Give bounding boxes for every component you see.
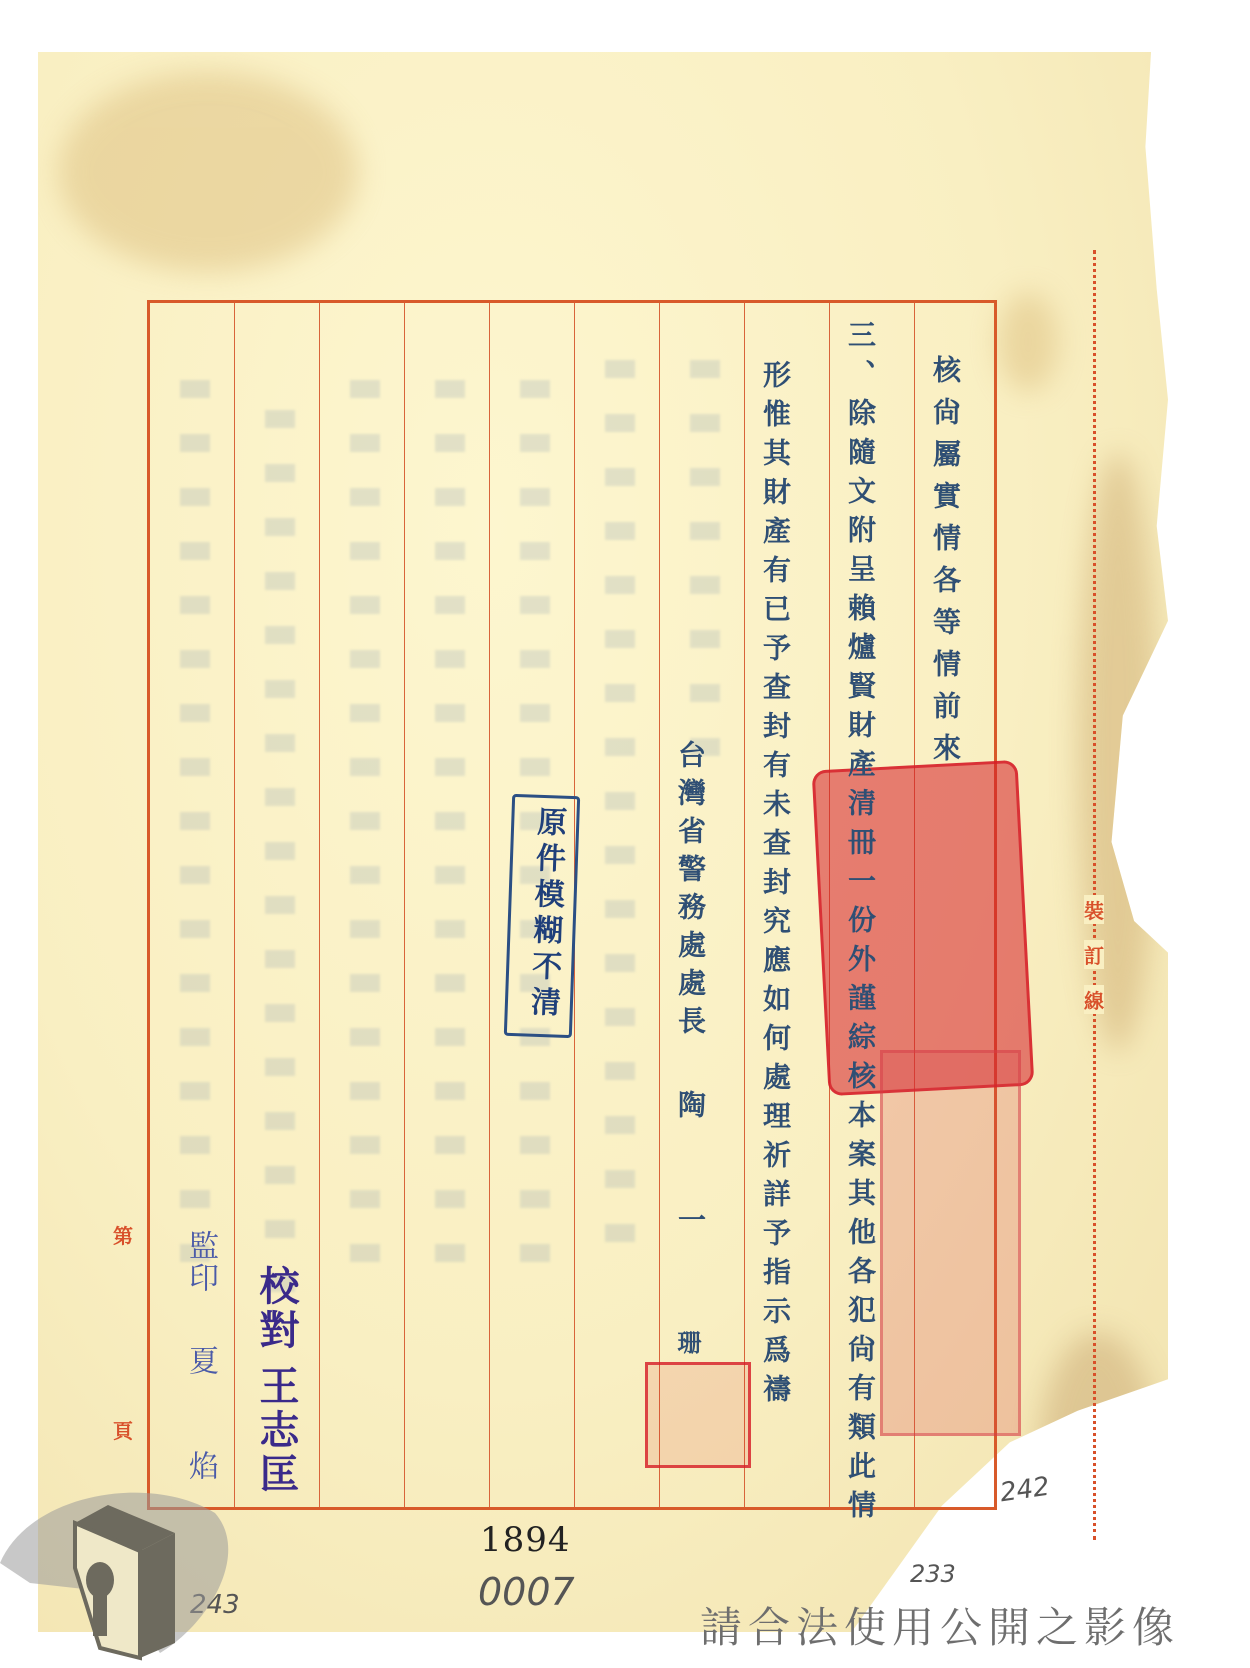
red-seal-square [645, 1362, 751, 1468]
paper-stain [58, 72, 358, 272]
illegible-original-stamp: 原件模糊不清 [504, 794, 580, 1038]
paper-stain [1038, 1332, 1158, 1592]
text-column-2: 三、除隨文附呈賴爐賢財產清冊一份外謹綜核本案其他各犯尙有類此情 [840, 320, 880, 1529]
binding-char: 線 [1084, 985, 1104, 1014]
binding-char: 裝 [1084, 895, 1104, 924]
signature-closing: 珊 [670, 1330, 705, 1368]
faint-bleed-text [265, 410, 295, 1310]
supervisor-label: 監印 [178, 1230, 222, 1294]
proofreader-name: 王志匡 [248, 1365, 305, 1497]
handwritten-note: 242 [998, 1472, 1051, 1509]
page-marker-top: 第 [113, 1220, 133, 1249]
handwritten-note: 233 [910, 1560, 956, 1588]
red-seal-faded [880, 1050, 1021, 1436]
text-column-1: 核尙屬實情各等情前來 [925, 355, 965, 775]
usage-watermark: 請合法使用公開之影像 [700, 1595, 1180, 1655]
faint-bleed-text [180, 380, 210, 1280]
faint-bleed-text [690, 360, 720, 760]
binding-char: 訂 [1084, 940, 1104, 969]
paper-stain [998, 292, 1058, 392]
archive-logo-icon [0, 1473, 250, 1663]
stamp-text: 原件模糊不清 [519, 805, 571, 1022]
page-marker-bottom: 頁 [113, 1415, 133, 1444]
handwritten-serial: 0007 [478, 1570, 575, 1614]
proofreader-label: 校對 [248, 1265, 305, 1353]
page-number: 1894 [480, 1520, 571, 1560]
supervisor-name-1: 夏 [178, 1345, 222, 1389]
grid-line [659, 303, 660, 1507]
signature-office: 台灣省警務處處長 [670, 740, 710, 1044]
text-column-3: 形惟其財產有已予查封有未查封究應如何處理祈詳予指示爲禱 [755, 360, 795, 1413]
grid-line [489, 303, 490, 1507]
grid-line [319, 303, 320, 1507]
faint-bleed-text [350, 380, 380, 1280]
faint-bleed-text [605, 360, 635, 1260]
grid-line [404, 303, 405, 1507]
faint-bleed-text [435, 380, 465, 1280]
grid-line [744, 303, 745, 1507]
grid-line [234, 303, 235, 1507]
signature-name-char: 陶 [670, 1090, 710, 1132]
signature-suffix: 一 [670, 1205, 710, 1247]
